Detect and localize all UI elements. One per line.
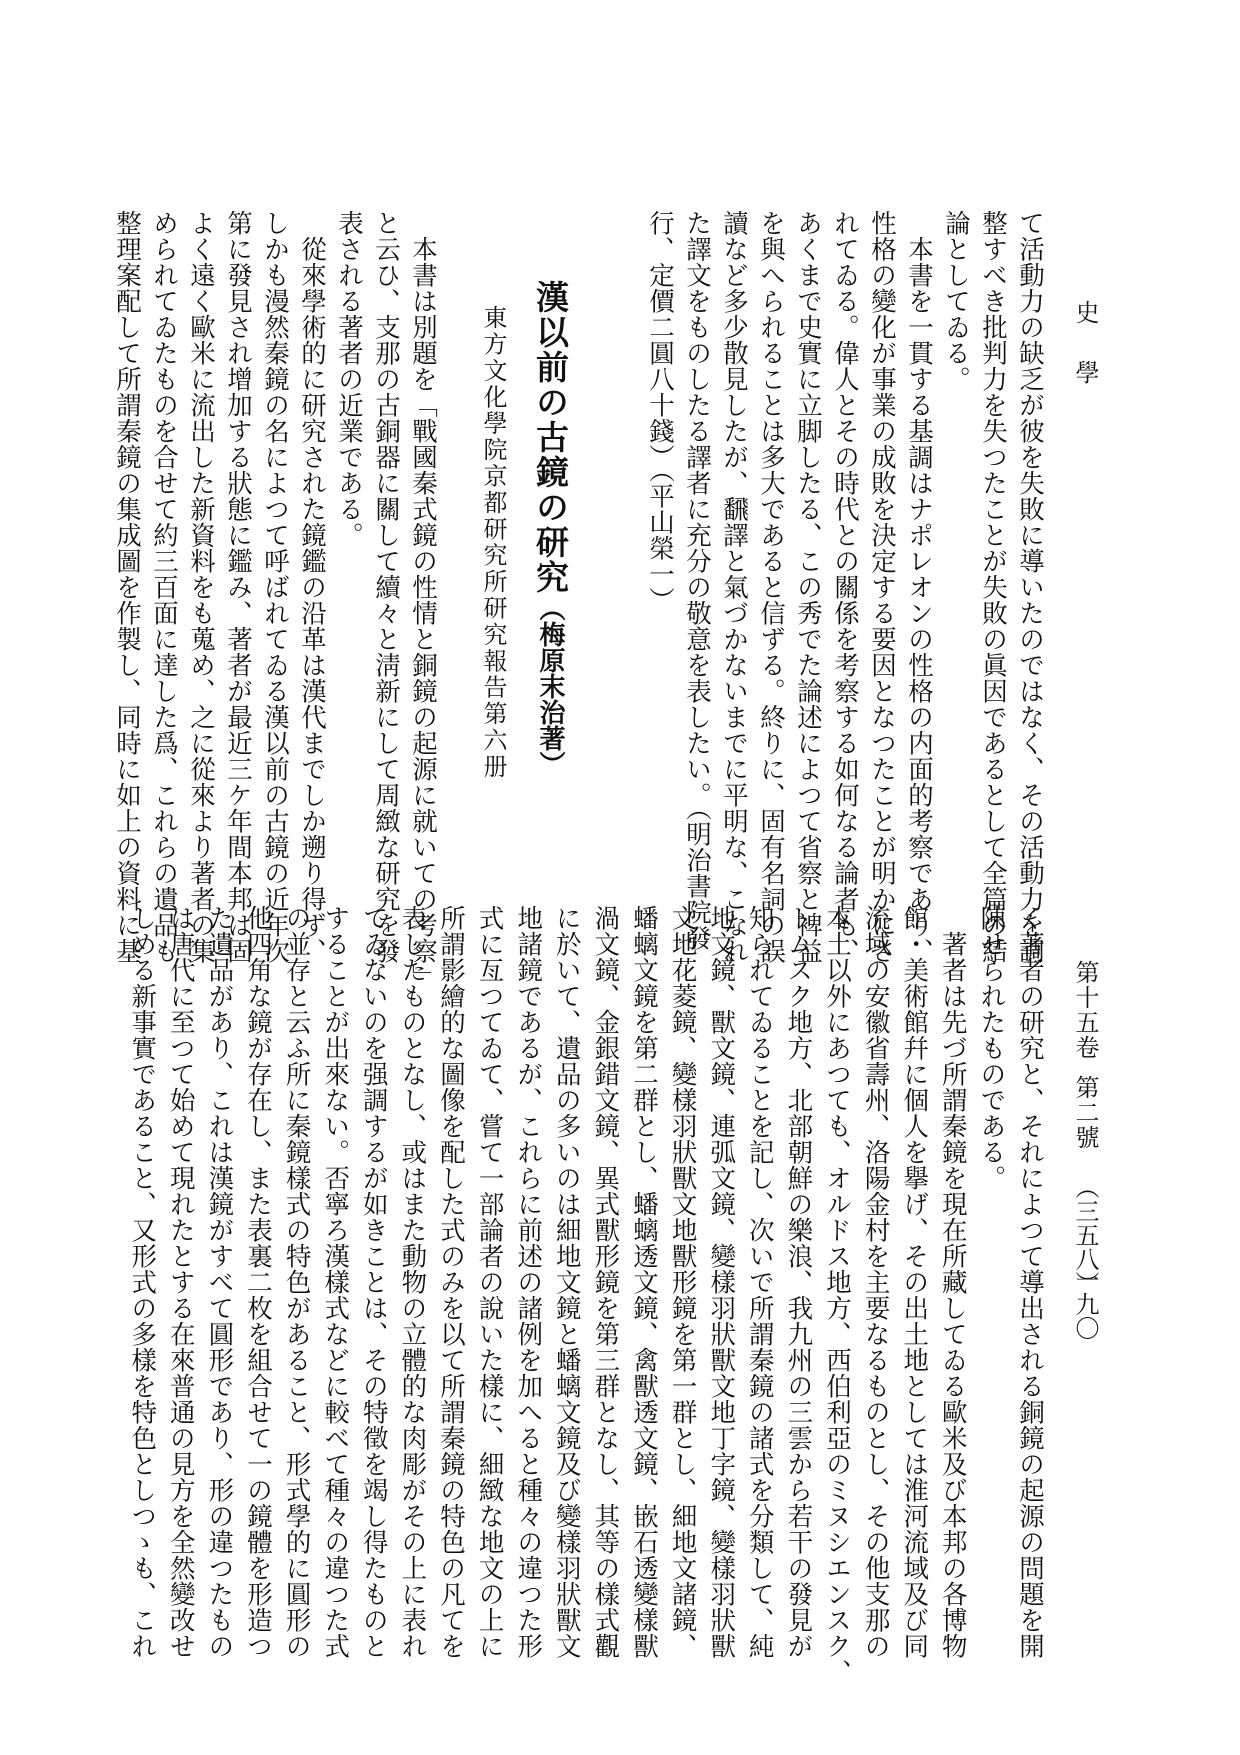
text-column: よく遠く歐米に流出した新資料をも蒐め、之に從來より著者の集 (188, 210, 214, 964)
review-title: 漢以前の古鏡の研究（梅原末治著） (532, 280, 568, 777)
text-column: 從來學術的に研究された鏡鑑の沿革は漢代までしか遡り得ず、 (299, 210, 325, 964)
page-number: 一九〇 (1072, 1268, 1098, 1340)
text-column: 本書を一貫する基調はナポレオンの性格の内面的考察であり、 (906, 210, 932, 964)
text-column: しめる新事實であること、又形式の多樣を特色としつゝも、これ (129, 905, 155, 1659)
text-column: あくまで史實に立脚したる、この秀でた論述によつて省察と裨益 (795, 210, 821, 964)
text-column: 讀など多少散見したが、飜譯と氣づかないまでに平明な、こなれ (721, 210, 747, 964)
text-column: 渦文鏡、金銀錯文鏡、異式獸形鏡を第三群となし、其等の樣式觀 (592, 905, 618, 1659)
journal-title-bottom: 學 (1072, 360, 1098, 384)
text-column: た遺品があり、これは漢鏡がすべて圓形であり、形の違つたもの (206, 905, 232, 1659)
text-column: て活動力の缺乏が彼を失敗に導いたのではなく、その活動力を調 (1017, 210, 1043, 964)
text-column: く著者の研究と、それによつて導出される銅鏡の起源の問題を開 (1017, 905, 1043, 1659)
text-column: 第に發見され增加する狀態に鑑み、著者が最近三ケ年間本邦は固 (225, 210, 251, 964)
text-column: に於いて、遺品の多いのは細地文鏡と蟠螭文鏡及び變樣羽狀獸文 (554, 905, 580, 1659)
text-column: を與へられることは多大であると信ずる。終りに、固有名詞の誤 (758, 210, 784, 964)
text-column: と云ひ、支那の古銅器に關して續々と淸新にして周緻な研究を發 (373, 210, 399, 964)
text-column: 行、定價二圓八十錢）（平山榮一） (647, 210, 673, 613)
text-column: 整すべき批判力を失つたことが失敗の眞因であるとして全篇の結 (980, 210, 1006, 964)
review-series: 東方文化學院京都研究所研究報告第六册 (480, 305, 506, 780)
text-column: 表される著者の近業である。 (336, 210, 362, 548)
text-column: 所謂影繪的な圖像を配した式のみを以て所謂秦鏡の特色の凡てを (438, 905, 464, 1659)
review-title-text: 漢以前の古鏡の研究 (531, 280, 570, 595)
text-column: しかも漫然秦鏡の名によつて呼ばれてゐる漢以前の古鏡の近年次 (262, 210, 288, 964)
text-column: れてゐる。偉人とその時代との關係を考察する如何なる論者も、 (832, 210, 858, 964)
text-column: 本書は別題を「戰國秦式鏡の性情と銅鏡の起源に就いての考察」 (410, 210, 436, 990)
text-column: 地文鏡、獸文鏡、連弧文鏡、變樣羽狀獸文地丁字鏡、變樣羽狀獸 (708, 905, 734, 1659)
text-column: てゐないのを强調するが如きことは、その特徵を竭し得たものと (361, 905, 387, 1659)
text-column: は唐代に至つて始めて現れたとする在來普通の見方を全然變改せ (168, 905, 194, 1659)
text-column: 著者は先づ所謂秦鏡を現在所藏してゐる歐米及び本邦の各博物 (940, 905, 966, 1659)
text-column: められてゐたものを合せて約三百面に達した爲、これらの遺品も (151, 210, 177, 964)
text-column: 性格の變化が事業の成敗を決定する要因となつたことが明かにさ (869, 210, 895, 964)
text-column: 文地花菱鏡、變樣羽狀獸文地獸形鏡を第一群とし、細地文諸鏡、 (670, 905, 696, 1659)
journal-title-top: 史 (1072, 300, 1098, 324)
text-column: た譯文をものしたる譯者に充分の敬意を表したい。（明治書院發 (684, 210, 710, 951)
text-column: 流域の安徽省壽州、洛陽金村を主要なるものとし、その他支那の (863, 905, 889, 1659)
text-column: することが出來ない。否寧ろ漢樣式などに較べて種々の違つた式 (322, 905, 348, 1659)
text-column: 知られてゐることを記し、次いで所謂秦鏡の諸式を分類して、純 (747, 905, 773, 1659)
volume-label: 第十五卷 (1072, 960, 1098, 1060)
text-column: 表したものとなし、或はまた動物の立體的な肉彫がその上に表れ (399, 905, 425, 1659)
text-column: トムスク地方、北部朝鮮の樂浪、我九州の三雲から若干の發見が (785, 905, 811, 1659)
text-column: 論としてゐる。 (943, 210, 969, 392)
text-column: 本土以外にあつても、オルドス地方、西伯利亞のミヌシエンスク、 (824, 905, 850, 1685)
text-column: の並存と云ふ所に秦鏡樣式の特色があること、形式學的に圓形の (284, 905, 310, 1659)
text-column: 整理案配して所謂秦鏡の集成圖を作製し、同時に如上の資料に基 (114, 210, 140, 964)
issue-label: 第二號 (1072, 1075, 1098, 1150)
text-column: 陳せられたものである。 (978, 905, 1004, 1191)
text-column: 式に亙つてゐて、嘗て一部論者の說いた樣に、細緻な地文の上に (477, 905, 503, 1659)
review-author: （梅原末治著） (535, 595, 565, 777)
text-column: 地諸鏡であるが、これらに前述の諸例を加へると種々の違つた形 (515, 905, 541, 1659)
text-column: 蟠螭文鏡を第二群とし、蟠螭透文鏡、禽獸透文鏡、嵌石透變樣獸 (631, 905, 657, 1659)
text-column: 他四角な鏡が存在し、また表裏二枚を組合せて一の鏡體を形造つ (245, 905, 271, 1659)
text-column: 館・美術館幷に個人を擧げ、その出土地としては淮河流域及び同 (901, 905, 927, 1659)
